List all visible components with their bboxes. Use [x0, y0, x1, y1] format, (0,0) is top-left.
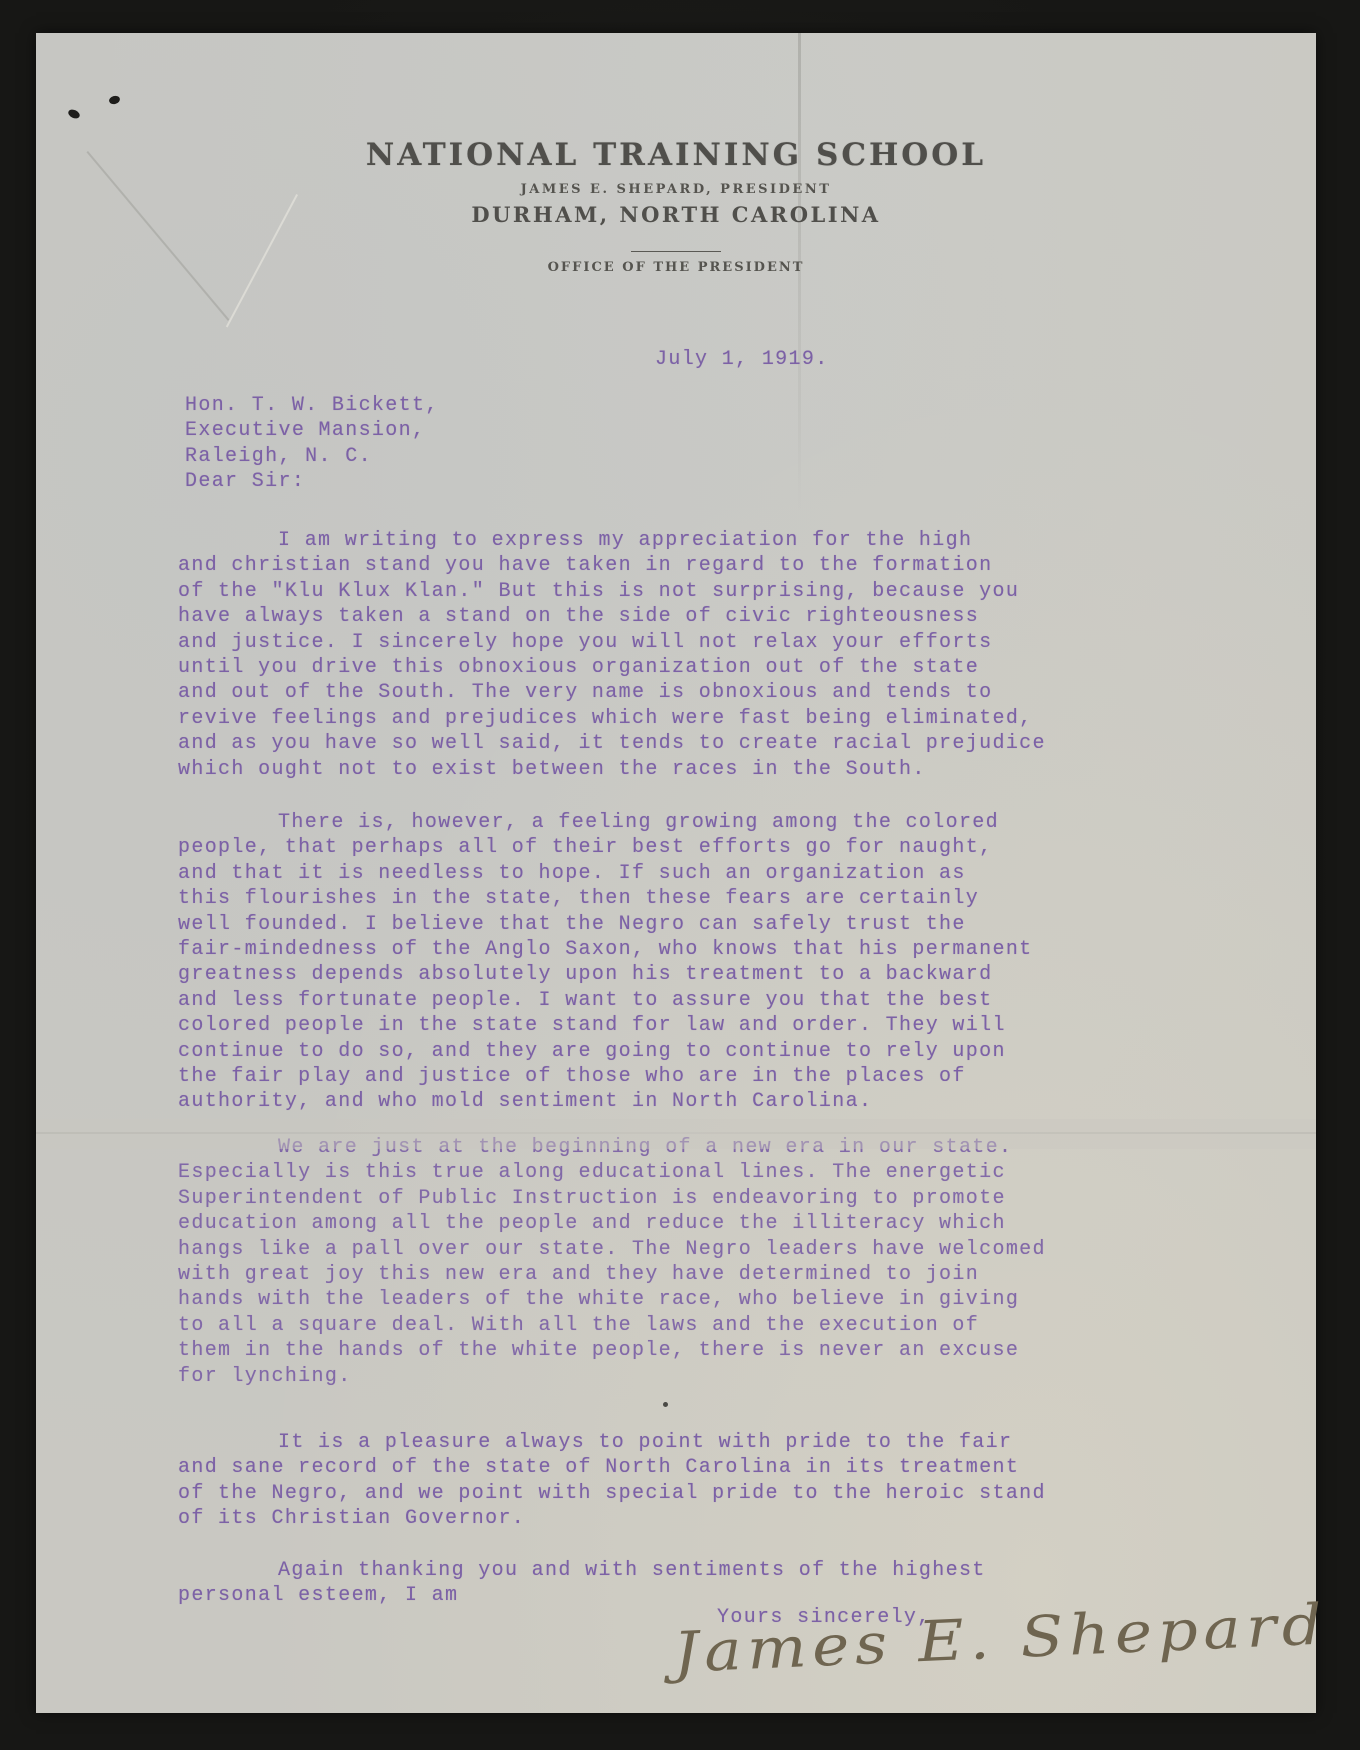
staple-hole-speck — [108, 95, 121, 106]
letterhead-school-name: NATIONAL TRAINING SCHOOL — [36, 137, 1316, 173]
fold-crease-diagonal — [86, 151, 229, 321]
recipient-address-block: Hon. T. W. Bickett, Executive Mansion, R… — [185, 393, 439, 495]
ink-speck — [663, 1402, 668, 1407]
fold-crease-horizontal — [36, 1132, 1316, 1134]
body-paragraph-3: We are just at the beginning of a new er… — [178, 1135, 1046, 1389]
letterhead-president-line: JAMES E. SHEPARD, PRESIDENT — [36, 182, 1316, 197]
letterhead-divider-rule — [631, 251, 721, 252]
body-paragraph-1: I am writing to express my appreciation … — [178, 528, 1046, 782]
staple-hole-speck — [67, 108, 81, 120]
body-paragraph-5: Again thanking you and with sentiments o… — [178, 1558, 986, 1609]
date-line: July 1, 1919. — [655, 347, 829, 372]
letterhead-office-line: OFFICE OF THE PRESIDENT — [36, 260, 1316, 275]
letterhead-city-line: DURHAM, NORTH CAROLINA — [36, 202, 1316, 227]
body-paragraph-4: It is a pleasure always to point with pr… — [178, 1430, 1046, 1532]
body-paragraph-2: There is, however, a feeling growing amo… — [178, 810, 1033, 1115]
letter-page: NATIONAL TRAINING SCHOOL JAMES E. SHEPAR… — [36, 33, 1316, 1713]
